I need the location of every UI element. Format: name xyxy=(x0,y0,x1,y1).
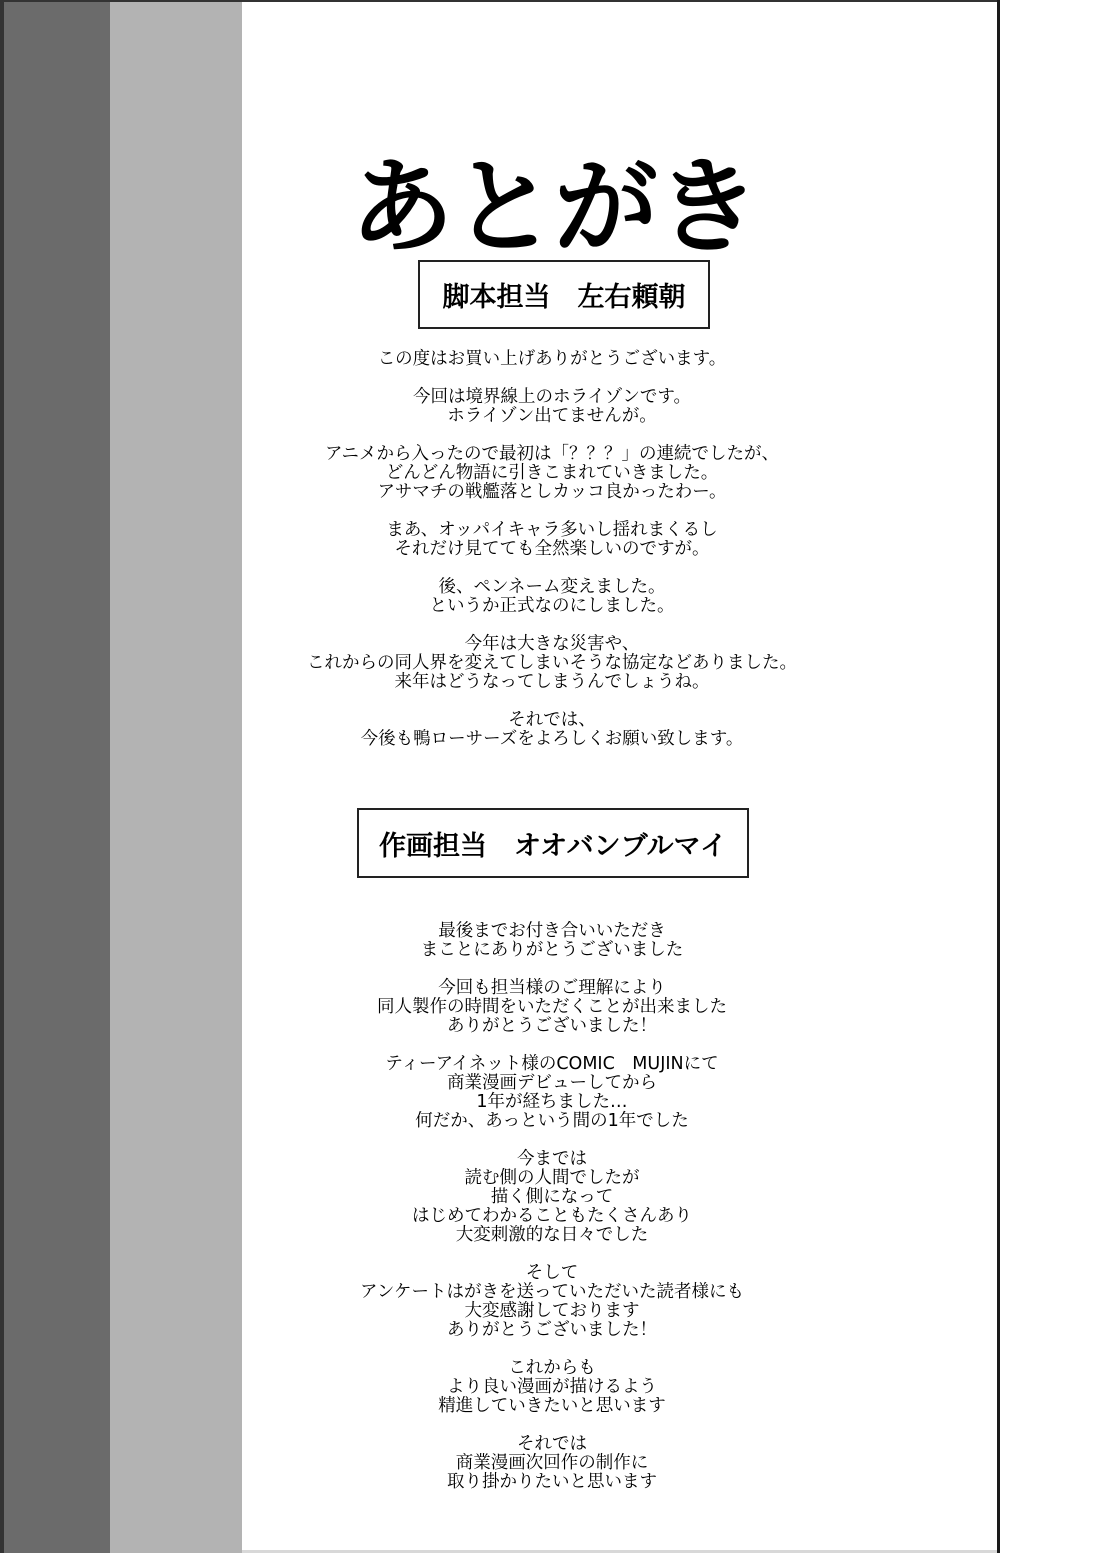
text-line: アニメから入ったので最初は「？？？」の連続でしたが、 xyxy=(242,445,862,464)
text-line: これからも xyxy=(242,1359,862,1378)
paragraph: まあ、オッパイキャラ多いし揺れまくるしそれだけ見てても全然楽しいのですが。 xyxy=(242,521,862,559)
text-line: 来年はどうなってしまうんでしょうね。 xyxy=(242,673,862,692)
text-line: ホライゾン出てませんが。 xyxy=(242,407,862,426)
script-writer-afterword: この度はお買い上げありがとうございます。今回は境界線上のホライゾンです。ホライゾ… xyxy=(242,350,862,768)
text-line: どんどん物語に引きこまれていきました。 xyxy=(242,464,862,483)
text-line: 今回は境界線上のホライゾンです。 xyxy=(242,388,862,407)
text-line: 最後までお付き合いいただき xyxy=(242,922,862,941)
paragraph: 今回は境界線上のホライゾンです。ホライゾン出てませんが。 xyxy=(242,388,862,426)
text-line: 今年は大きな災害や、 xyxy=(242,635,862,654)
text-line: 大変感謝しております xyxy=(242,1302,862,1321)
paragraph: 今年は大きな災害や、これからの同人界を変えてしまいそうな協定などありました。来年… xyxy=(242,635,862,692)
text-line: そして xyxy=(242,1264,862,1283)
text-line: 何だか、あっという間の1年でした xyxy=(242,1112,862,1131)
page-frame-right xyxy=(997,0,1000,1553)
text-line: 大変刺激的な日々でした xyxy=(242,1226,862,1245)
page-title: あとがき xyxy=(350,142,770,272)
text-line: 読む側の人間でしたが xyxy=(242,1169,862,1188)
paragraph: 後、ペンネーム変えました。というか正式なのにしました。 xyxy=(242,578,862,616)
text-line: 今までは xyxy=(242,1150,862,1169)
section-heading-script-writer: 脚本担当 左右頼朝 xyxy=(418,260,710,329)
paragraph: それでは商業漫画次回作の制作に取り掛かりたいと思います xyxy=(242,1435,862,1492)
text-line: この度はお買い上げありがとうございます。 xyxy=(242,350,862,369)
text-line: ありがとうございました！ xyxy=(242,1017,862,1036)
text-line: 後、ペンネーム変えました。 xyxy=(242,578,862,597)
text-line: 商業漫画デビューしてから xyxy=(242,1074,862,1093)
paragraph: 最後までお付き合いいただきまことにありがとうございました xyxy=(242,922,862,960)
paragraph: ティーアイネット様のCOMIC MUJINにて商業漫画デビューしてから1年が経ち… xyxy=(242,1055,862,1131)
text-line: というか正式なのにしました。 xyxy=(242,597,862,616)
text-line: まあ、オッパイキャラ多いし揺れまくるし xyxy=(242,521,862,540)
text-line: はじめてわかることもたくさんあり xyxy=(242,1207,862,1226)
paragraph: そしてアンケートはがきを送っていただいた読者様にも大変感謝しておりますありがとう… xyxy=(242,1264,862,1340)
page-frame-top xyxy=(0,0,1000,2)
paragraph: この度はお買い上げありがとうございます。 xyxy=(242,350,862,369)
text-line: ありがとうございました！ xyxy=(242,1321,862,1340)
text-line: 今後も鴨ローサーズをよろしくお願い致します。 xyxy=(242,730,862,749)
text-line: 商業漫画次回作の制作に xyxy=(242,1454,862,1473)
text-line: 描く側になって xyxy=(242,1188,862,1207)
text-line: より良い漫画が描けるよう xyxy=(242,1378,862,1397)
text-line: 今回も担当様のご理解により xyxy=(242,979,862,998)
paragraph: それでは、今後も鴨ローサーズをよろしくお願い致します。 xyxy=(242,711,862,749)
text-line: 同人製作の時間をいただくことが出来ました xyxy=(242,998,862,1017)
margin-stripe-light xyxy=(110,0,242,1553)
artist-afterword: 最後までお付き合いいただきまことにありがとうございました今回も担当様のご理解によ… xyxy=(242,922,862,1511)
text-line: ティーアイネット様のCOMIC MUJINにて xyxy=(242,1055,862,1074)
text-line: アンケートはがきを送っていただいた読者様にも xyxy=(242,1283,862,1302)
paragraph: アニメから入ったので最初は「？？？」の連続でしたが、どんどん物語に引きこまれてい… xyxy=(242,445,862,502)
text-line: これからの同人界を変えてしまいそうな協定などありました。 xyxy=(242,654,862,673)
paragraph: 今までは読む側の人間でしたが描く側になってはじめてわかることもたくさんあり大変刺… xyxy=(242,1150,862,1245)
text-line: それでは xyxy=(242,1435,862,1454)
paragraph: これからもより良い漫画が描けるよう精進していきたいと思います xyxy=(242,1359,862,1416)
paragraph: 今回も担当様のご理解により同人製作の時間をいただくことが出来ましたありがとうござ… xyxy=(242,979,862,1036)
text-line: まことにありがとうございました xyxy=(242,941,862,960)
margin-stripe-dark xyxy=(4,0,110,1553)
text-line: それでは、 xyxy=(242,711,862,730)
section-heading-artist: 作画担当 オオバンブルマイ xyxy=(357,808,749,878)
text-line: 精進していきたいと思います xyxy=(242,1397,862,1416)
text-line: 取り掛かりたいと思います xyxy=(242,1473,862,1492)
text-line: それだけ見てても全然楽しいのですが。 xyxy=(242,540,862,559)
text-line: アサマチの戦艦落としカッコ良かったわー。 xyxy=(242,483,862,502)
text-line: 1年が経ちました… xyxy=(242,1093,862,1112)
